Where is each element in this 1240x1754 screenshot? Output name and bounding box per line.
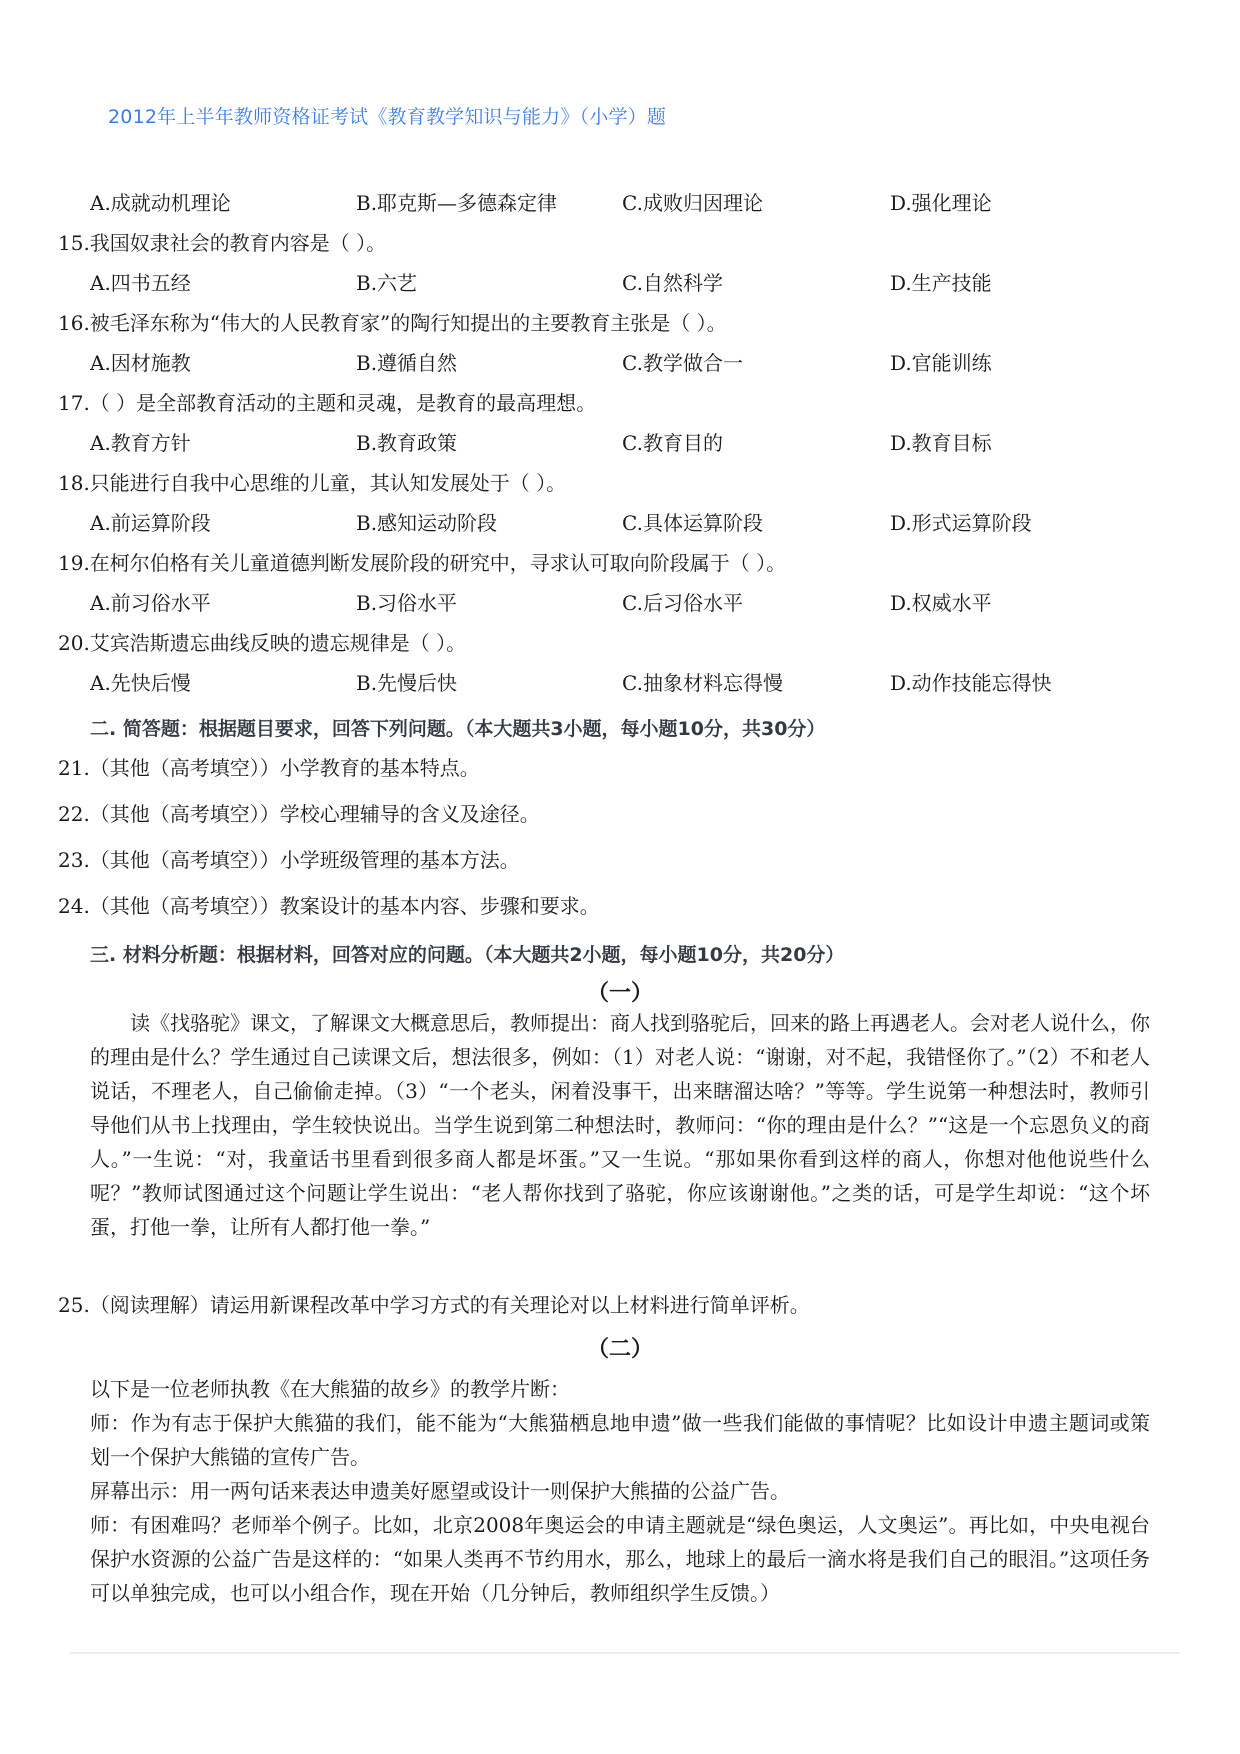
question-25: 25.（阅读理解）请运用新课程改革中学习方式的有关理论对以上材料进行简单评析。 [58, 1292, 810, 1318]
material-passage-one: 读《找骆驼》课文，了解课文大概意思后，教师提出：商人找到骆驼后，回来的路上再遇老… [90, 1006, 1150, 1244]
option-b: B.感知运动阶段 [356, 510, 497, 536]
option-c: C.教学做合一 [622, 350, 743, 376]
question-stem: 20.艾宾浩斯遗忘曲线反映的遗忘规律是（ ）。 [58, 630, 466, 656]
passage-text: 读《找骆驼》课文，了解课文大概意思后，教师提出：商人找到骆驼后，回来的路上再遇老… [90, 1006, 1150, 1244]
option-a: A.因材施教 [90, 350, 191, 376]
option-c: C.抽象材料忘得慢 [622, 670, 783, 696]
material-passage-two: 以下是一位老师执教《在大熊猫的故乡》的教学片断： 师：作为有志于保护大熊猫的我们… [90, 1372, 1150, 1610]
short-answer-item: 22.（其他（高考填空））学校心理辅导的含义及途径。 [58, 801, 540, 827]
short-answer-item: 23.（其他（高考填空））小学班级管理的基本方法。 [58, 847, 520, 873]
option-c: C.成败归因理论 [622, 190, 763, 216]
option-a: A.四书五经 [90, 270, 191, 296]
passage-line: 师：作为有志于保护大熊猫的我们，能不能为“大熊猫栖息地申遗”做一些我们能做的事情… [90, 1406, 1150, 1474]
question-stem: 15.我国奴隶社会的教育内容是（ ）。 [58, 230, 386, 256]
question-stem: 18.只能进行自我中心思维的儿童，其认知发展处于（ ）。 [58, 470, 566, 496]
option-b: B.遵循自然 [356, 350, 457, 376]
part-label-one: （一） [0, 976, 1240, 1007]
option-d: D.权威水平 [890, 590, 992, 616]
option-d: D.动作技能忘得快 [890, 670, 1052, 696]
page-divider [70, 1652, 1180, 1654]
section-header-material-analysis: 三. 材料分析题：根据材料，回答对应的问题。（本大题共2小题，每小题10分，共2… [90, 940, 844, 967]
section-header-short-answer: 二. 简答题：根据题目要求，回答下列问题。（本大题共3小题，每小题10分，共30… [90, 714, 825, 741]
option-d: D.生产技能 [890, 270, 992, 296]
passage-line: 以下是一位老师执教《在大熊猫的故乡》的教学片断： [90, 1372, 1150, 1406]
short-answer-item: 24.（其他（高考填空））教案设计的基本内容、步骤和要求。 [58, 893, 600, 919]
option-d: D.强化理论 [890, 190, 992, 216]
option-a: A.前运算阶段 [90, 510, 211, 536]
question-stem: 19.在柯尔伯格有关儿童道德判断发展阶段的研究中，寻求认可取向阶段属于（ ）。 [58, 550, 786, 576]
passage-line: 屏幕出示：用一两句话来表达申遗美好愿望或设计一则保护大熊描的公益广告。 [90, 1474, 1150, 1508]
option-a: A.成就动机理论 [90, 190, 231, 216]
question-stem: 17.（ ）是全部教育活动的主题和灵魂，是教育的最高理想。 [58, 390, 596, 416]
part-label-two: （二） [0, 1332, 1240, 1363]
option-b: B.习俗水平 [356, 590, 457, 616]
option-a: A.教育方针 [90, 430, 191, 456]
option-a: A.先快后慢 [90, 670, 191, 696]
option-d: D.官能训练 [890, 350, 992, 376]
option-b: B.先慢后快 [356, 670, 457, 696]
option-c: C.后习俗水平 [622, 590, 743, 616]
question-stem: 16.被毛泽东称为“伟大的人民教育家”的陶行知提出的主要教育主张是（ ）。 [58, 310, 727, 336]
option-a: A.前习俗水平 [90, 590, 211, 616]
option-c: C.具体运算阶段 [622, 510, 763, 536]
option-b: B.耶克斯—多德森定律 [356, 190, 557, 216]
option-d: D.教育目标 [890, 430, 992, 456]
short-answer-item: 21.（其他（高考填空））小学教育的基本特点。 [58, 755, 480, 781]
passage-line: 师：有困难吗？老师举个例子。比如，北京2008年奥运会的申请主题就是“绿色奥运，… [90, 1508, 1150, 1610]
option-c: C.教育目的 [622, 430, 723, 456]
option-d: D.形式运算阶段 [890, 510, 1032, 536]
option-b: B.教育政策 [356, 430, 457, 456]
option-c: C.自然科学 [622, 270, 723, 296]
page-title: 2012年上半年教师资格证考试《教育教学知识与能力》（小学）题 [108, 102, 666, 129]
option-b: B.六艺 [356, 270, 417, 296]
